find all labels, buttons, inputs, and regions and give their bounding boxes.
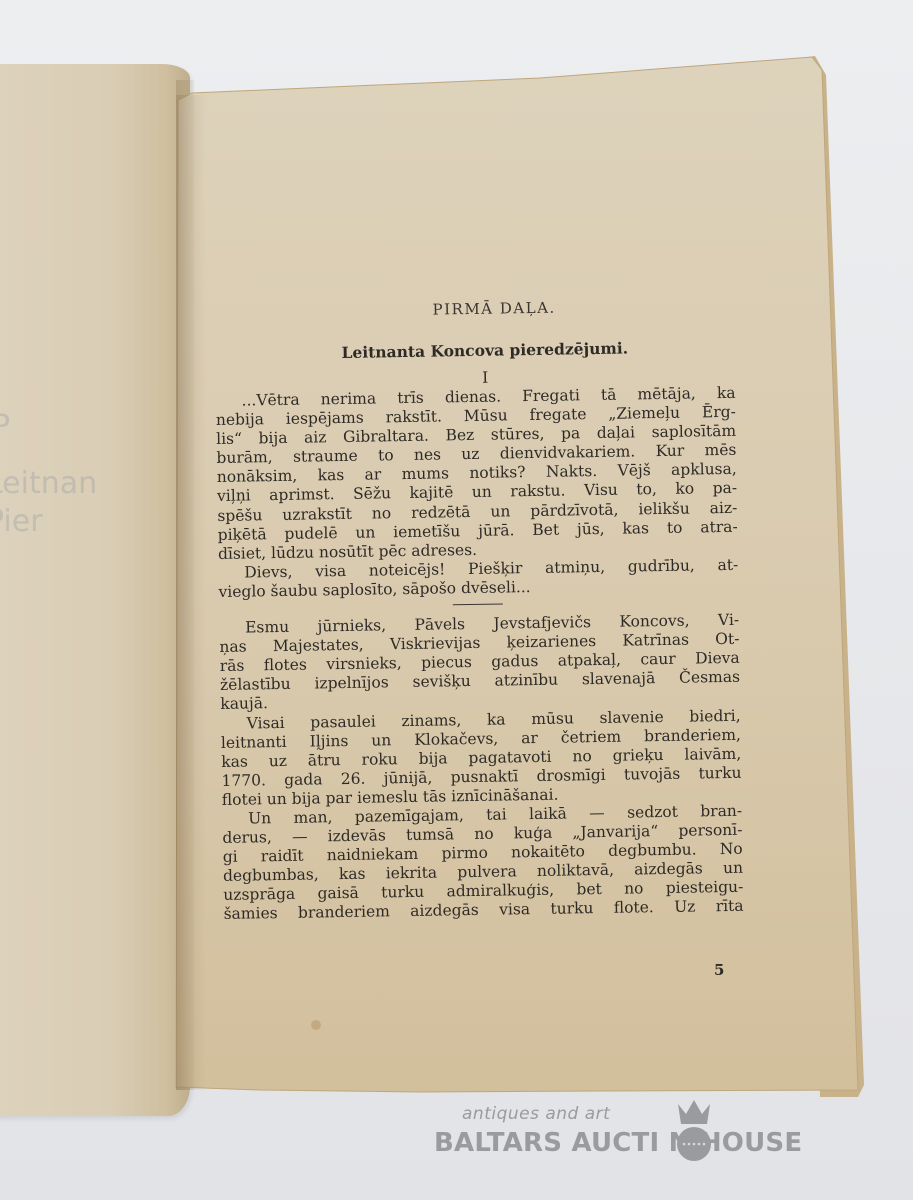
watermark-tagline: antiques and art bbox=[462, 1104, 610, 1124]
crown-logo-icon bbox=[674, 1098, 714, 1168]
bleed-through-text: Leitnan bbox=[0, 466, 97, 501]
paragraph: Esmu jūrnieks, Pāvels Jevstafjevičs Konc… bbox=[219, 611, 740, 715]
bleed-through-text: Pier bbox=[0, 504, 43, 539]
section-title: PIRMĀ DAĻA. bbox=[254, 292, 735, 342]
paragraph: ...Vētra nerima trīs dienas. Fregati tā … bbox=[215, 384, 738, 564]
watermark: antiques and art BALTARS AUCTI N HOUSE bbox=[434, 1104, 834, 1174]
page-number: 5 bbox=[714, 961, 724, 979]
paragraph: Visai pasaulei zinams, ka mūsu slavenie … bbox=[221, 706, 742, 810]
spine-shadow bbox=[176, 80, 194, 1090]
paragraph: Dievs, visa noteicējs! Piešķir atmiņu, g… bbox=[218, 556, 739, 602]
section-divider bbox=[453, 604, 503, 606]
paragraph: Un man, pazemīgajam, tai laikā — sedzot … bbox=[222, 802, 744, 925]
left-page: P Leitnan Pier bbox=[0, 64, 190, 1116]
watermark-name: BALTARS AUCTI N HOUSE bbox=[434, 1128, 802, 1158]
bleed-through-text: P bbox=[0, 409, 10, 444]
page-text: PIRMĀ DAĻA. Leitnanta Koncova pieredzēju… bbox=[214, 292, 744, 925]
